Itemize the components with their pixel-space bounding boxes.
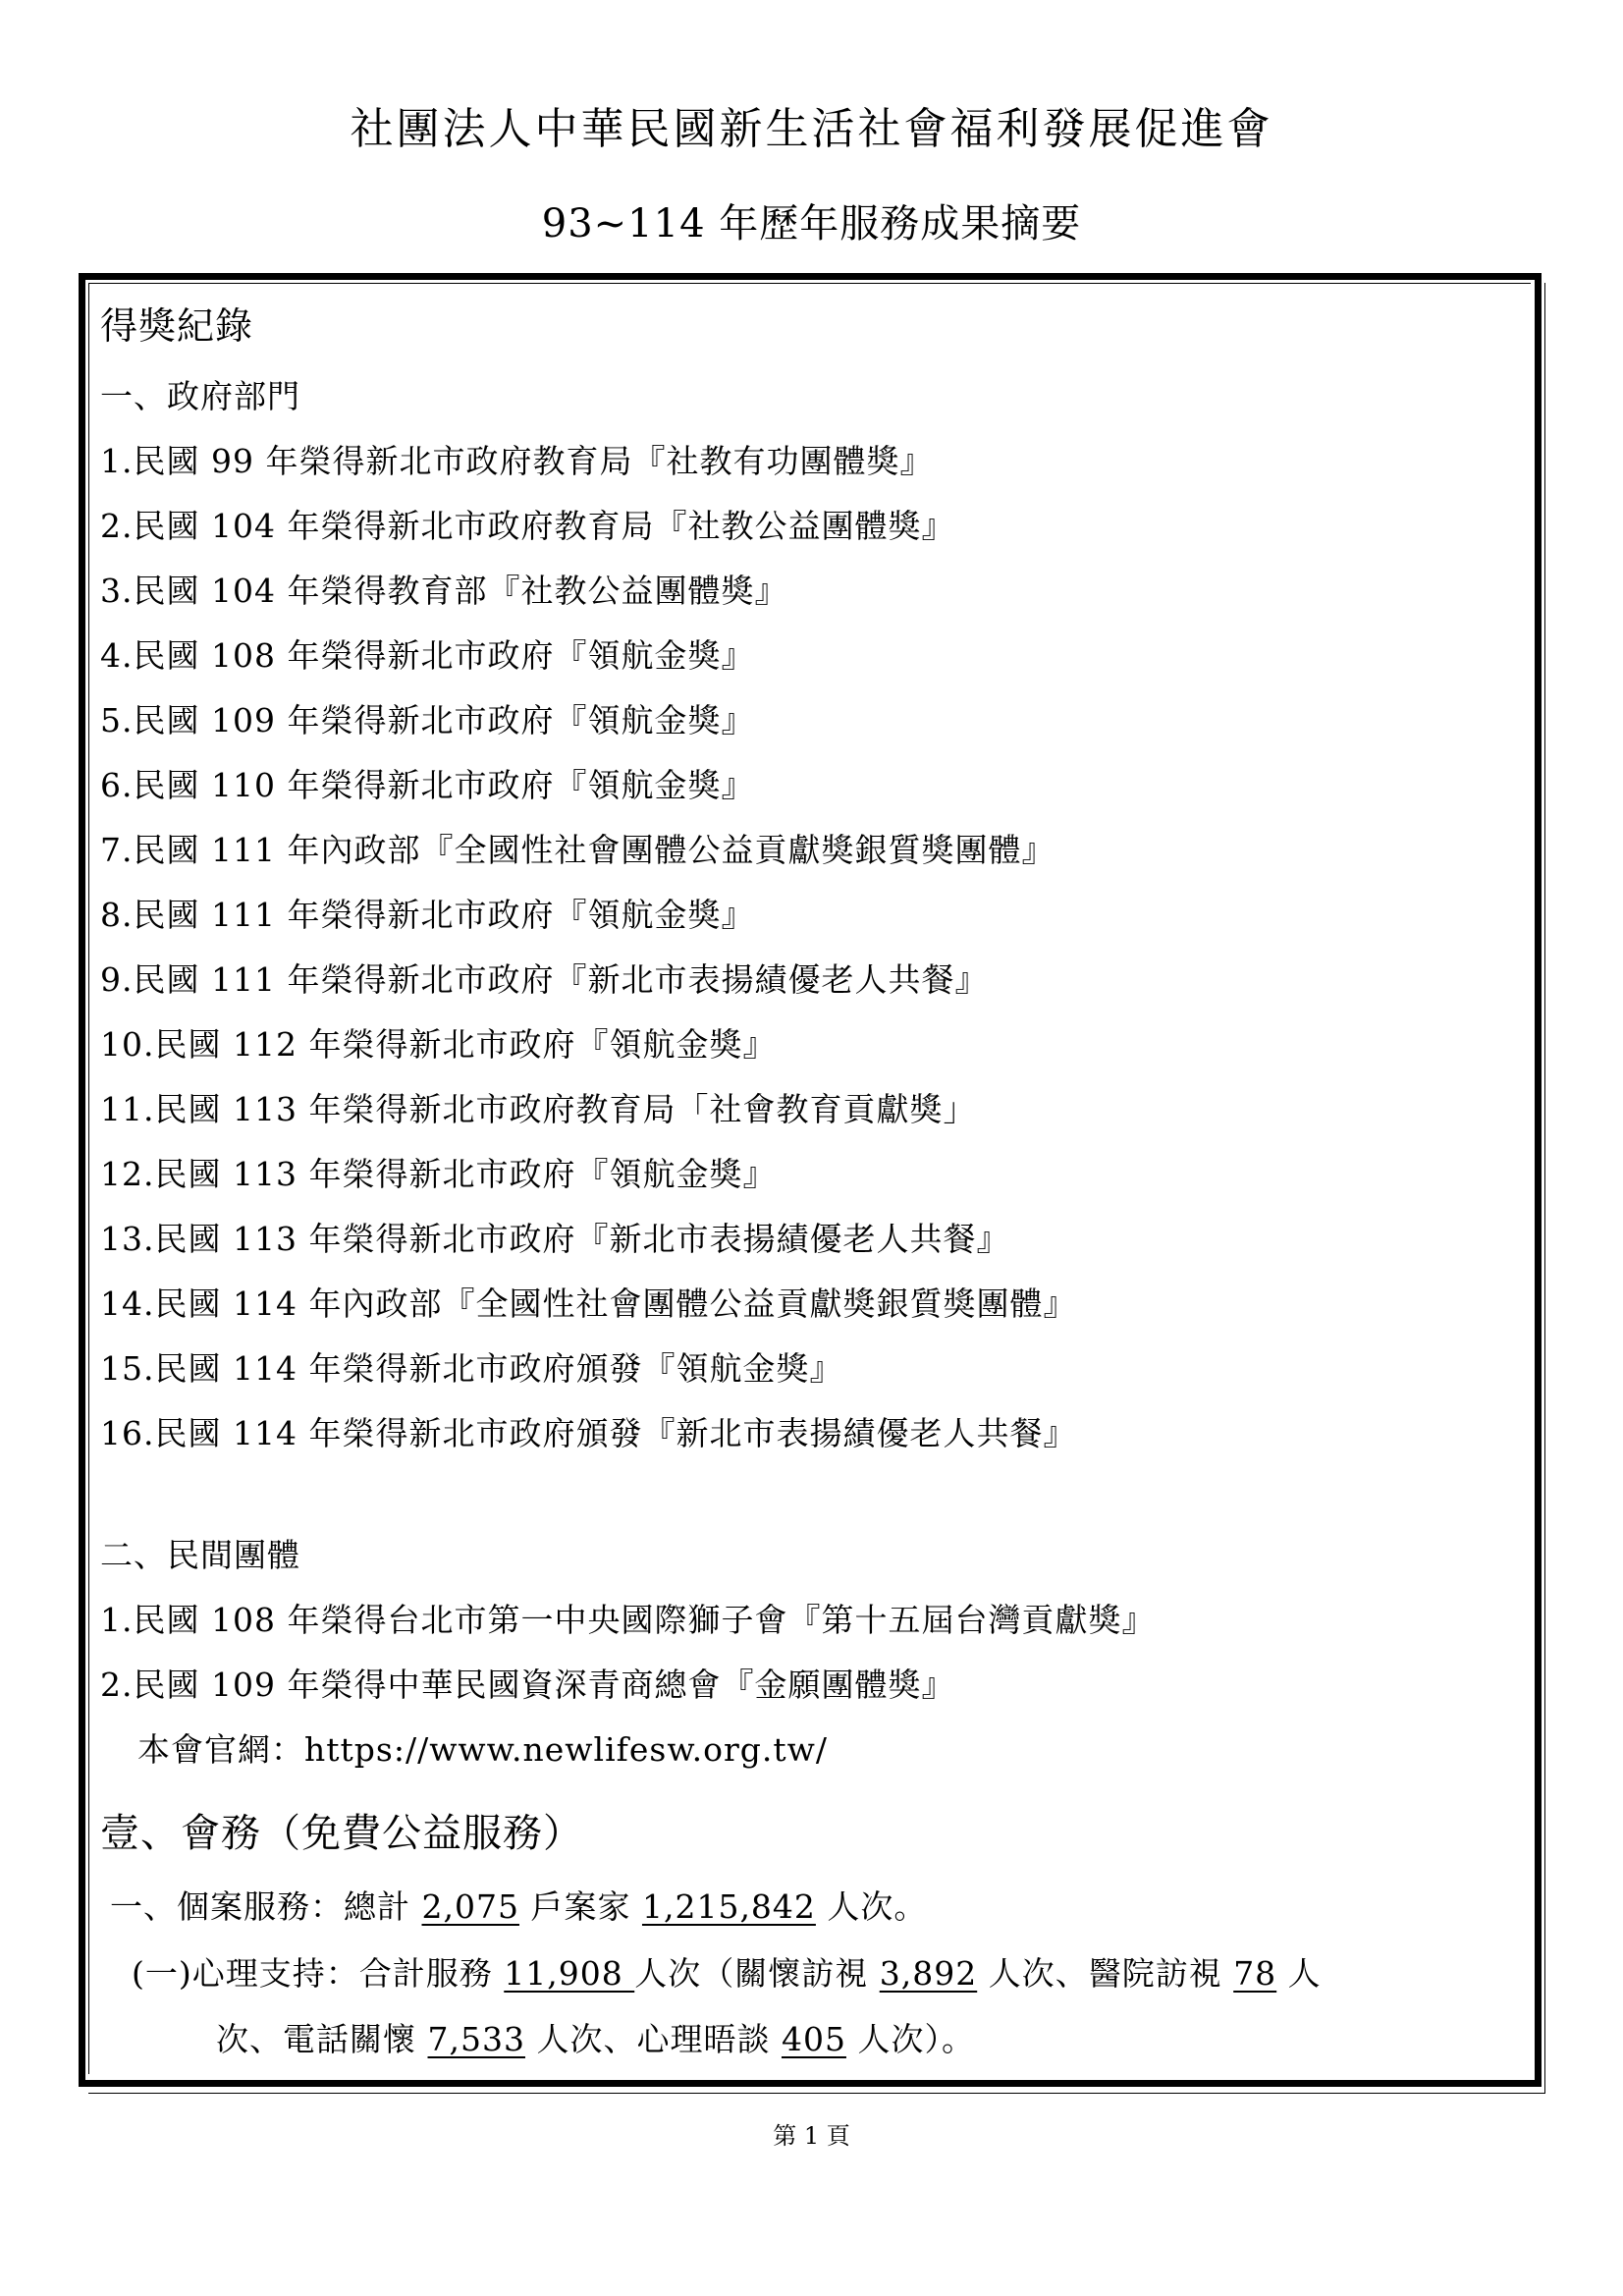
- award-item: 12.民國 113 年榮得新北市政府『領航金獎』: [100, 1153, 776, 1196]
- psych-total: 11,908: [504, 1954, 634, 1993]
- psych-support-line-1: (一)心理支持：合計服務 11,908 人次（關懷訪視 3,892 人次、醫院訪…: [132, 1952, 1322, 1995]
- psych-support-line-2: 次、電話關懷 7,533 人次、心理晤談 405 人次）。: [216, 2018, 975, 2061]
- award-item: 2.民國 104 年榮得新北市政府教育局『社教公益團體獎』: [100, 505, 954, 548]
- award-item: 8.民國 111 年榮得新北市政府『領航金獎』: [100, 894, 754, 937]
- services-title: 壹、會務（免費公益服務）: [100, 1812, 583, 1855]
- awards-title: 得獎紀錄: [100, 304, 253, 348]
- case-service-prefix: 一、個案服務：總計: [110, 1887, 422, 1926]
- award-item: 9.民國 111 年榮得新北市政府『新北市表揚績優老人共餐』: [100, 958, 988, 1002]
- psych-text: 人次、心理晤談: [525, 2020, 782, 2058]
- counseling-count: 405: [782, 2020, 846, 2058]
- award-item: 13.民國 113 年榮得新北市政府『新北市表揚績優老人共餐』: [100, 1218, 1009, 1261]
- psych-text: 人次）。: [846, 2020, 975, 2058]
- hospital-visits-count: 78: [1233, 1954, 1276, 1993]
- website-line: 本會官網：https://www.newlifesw.org.tw/: [137, 1728, 828, 1772]
- organization-title: 社團法人中華民國新生活社會福利發展促進會: [0, 102, 1623, 157]
- website-link[interactable]: https://www.newlifesw.org.tw/: [304, 1730, 828, 1769]
- government-heading: 一、政府部門: [100, 375, 300, 418]
- psych-text: 人次、醫院訪視: [977, 1954, 1233, 1993]
- award-item: 10.民國 112 年榮得新北市政府『領航金獎』: [100, 1023, 776, 1066]
- psych-text: 人: [1276, 1954, 1322, 1993]
- psych-text: 人次（關懷訪視: [634, 1954, 880, 1993]
- document-subtitle: 93~114 年歷年服務成果摘要: [0, 198, 1623, 249]
- award-item: 11.民國 113 年榮得新北市政府教育局「社會教育貢獻獎」: [100, 1088, 976, 1131]
- care-visits-count: 3,892: [880, 1954, 977, 1993]
- award-item: 15.民國 114 年榮得新北市政府頒發『領航金獎』: [100, 1347, 842, 1391]
- award-item: 14.民國 114 年內政部『全國性社會團體公益貢獻獎銀質獎團體』: [100, 1283, 1076, 1326]
- psych-prefix: (一)心理支持：合計服務: [132, 1954, 504, 1993]
- psych-text: 次、電話關懷: [216, 2020, 428, 2058]
- award-item: 1.民國 99 年榮得新北市政府教育局『社教有功團體獎』: [100, 440, 933, 483]
- website-label: 本會官網：: [137, 1730, 304, 1769]
- award-item: 5.民國 109 年榮得新北市政府『領航金獎』: [100, 699, 754, 742]
- page-number: 第 1 頁: [0, 2121, 1623, 2151]
- case-service-suffix: 人次。: [816, 1887, 928, 1926]
- award-item: 7.民國 111 年內政部『全國性社會團體公益貢獻獎銀質獎團體』: [100, 829, 1055, 872]
- phone-care-count: 7,533: [428, 2020, 525, 2058]
- civil-award-item: 2.民國 109 年榮得中華民國資深青商總會『金願團體獎』: [100, 1664, 954, 1707]
- award-item: 6.民國 110 年榮得新北市政府『領航金獎』: [100, 764, 754, 807]
- person-times-count: 1,215,842: [642, 1887, 816, 1926]
- award-item: 4.民國 108 年榮得新北市政府『領航金獎』: [100, 634, 754, 678]
- award-item: 16.民國 114 年榮得新北市政府頒發『新北市表揚績優老人共餐』: [100, 1412, 1076, 1455]
- case-service-line: 一、個案服務：總計 2,075 戶案家 1,215,842 人次。: [110, 1886, 927, 1929]
- civil-award-item: 1.民國 108 年榮得台北市第一中央國際獅子會『第十五屆台灣貢獻獎』: [100, 1599, 1155, 1642]
- households-count: 2,075: [422, 1887, 519, 1926]
- case-service-mid: 戶案家: [519, 1887, 642, 1926]
- award-item: 3.民國 104 年榮得教育部『社教公益團體獎』: [100, 570, 787, 613]
- civil-heading: 二、民間團體: [100, 1534, 300, 1577]
